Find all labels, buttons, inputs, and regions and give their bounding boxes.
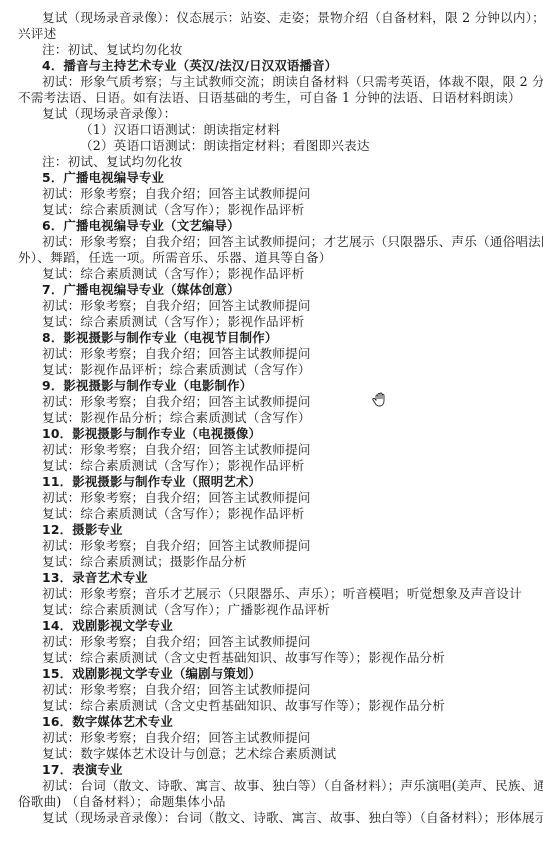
hand-cursor-icon: [372, 391, 388, 407]
text-line: 复试（现场录音录像）：台词（散文、诗歌、寓言、故事、独白等）（自备材料）；形体展…: [18, 808, 528, 828]
